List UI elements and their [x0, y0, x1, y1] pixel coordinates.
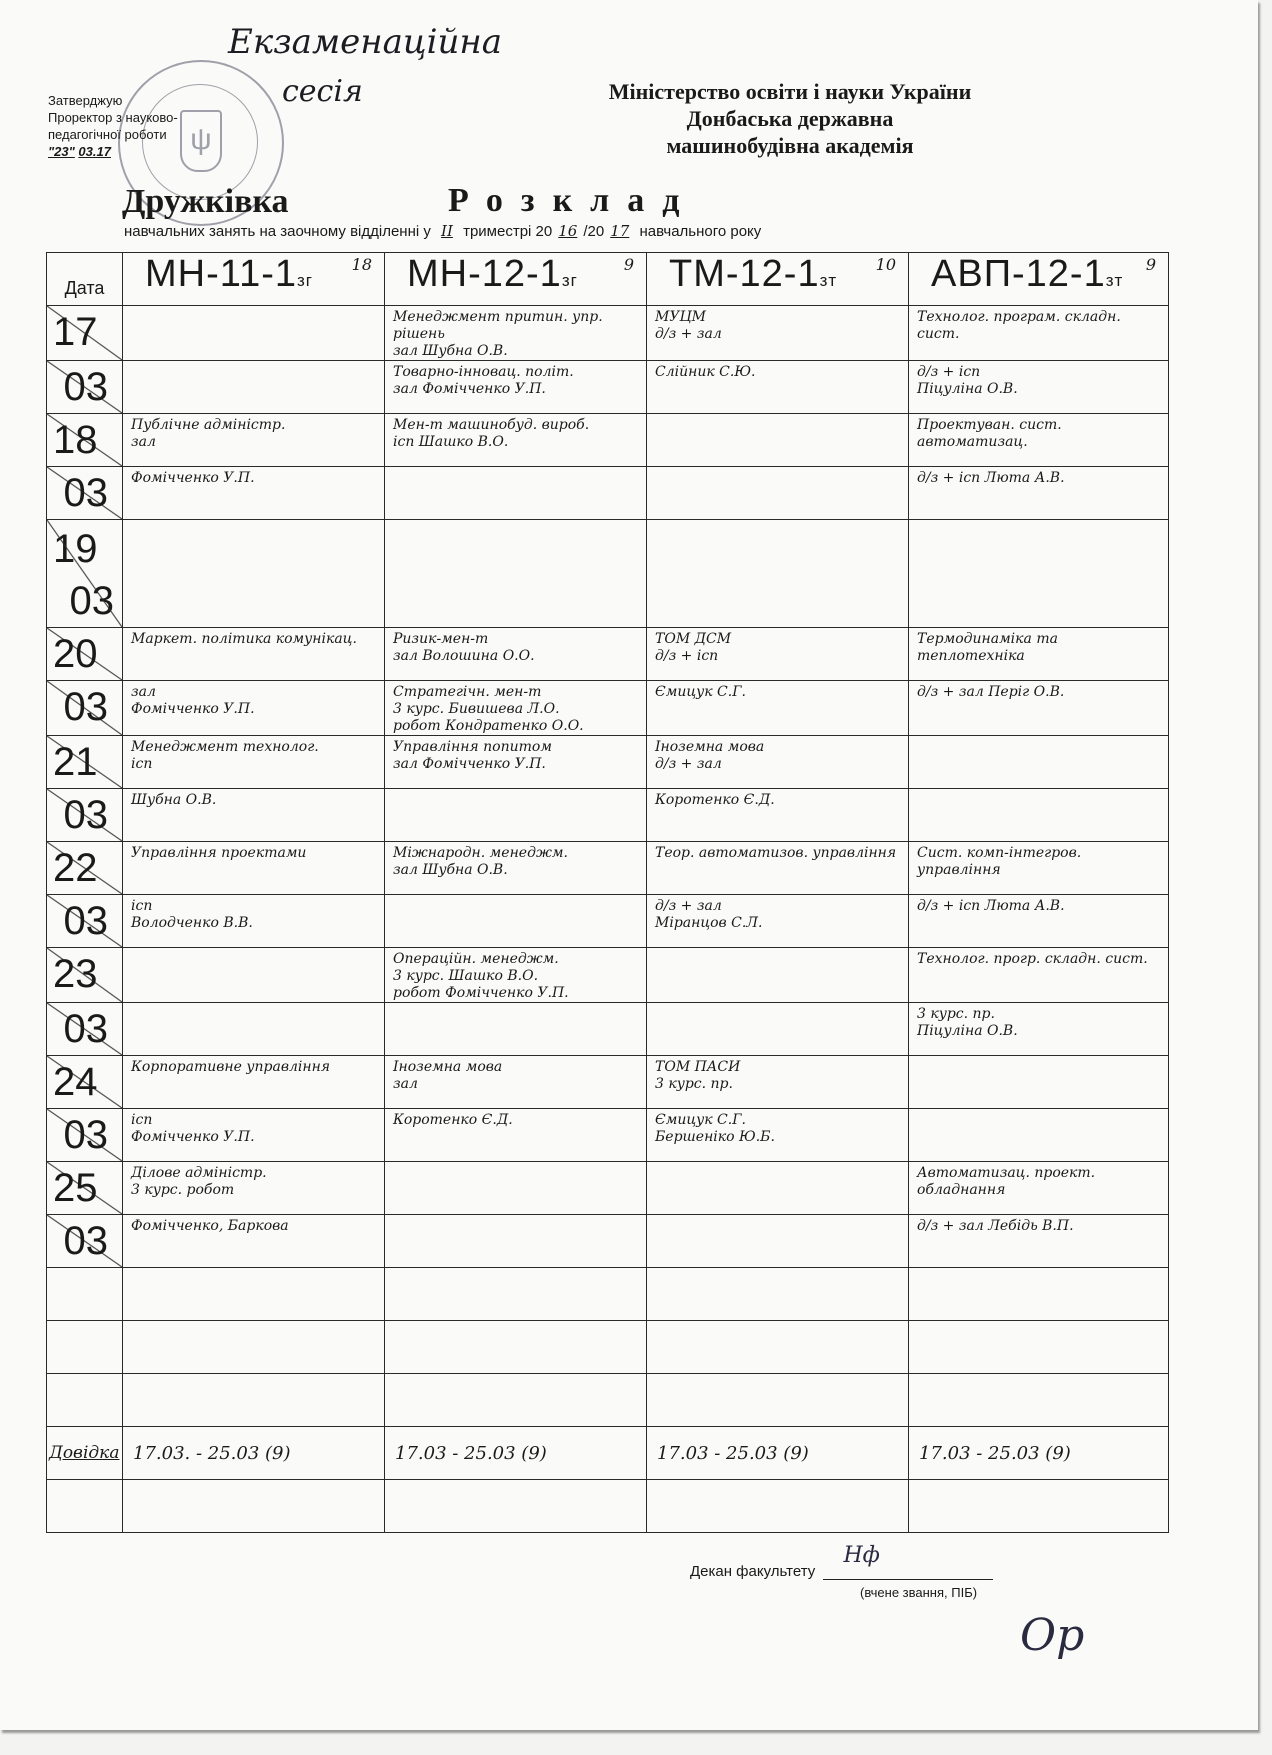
schedule-cell	[909, 1321, 1169, 1374]
schedule-cell	[123, 306, 385, 361]
schedule-cell: Коротенко Є.Д.	[385, 1109, 647, 1162]
table-row	[47, 1268, 1169, 1321]
schedule-cell	[909, 1268, 1169, 1321]
schedule-cell: Операційн. менеджм. 3 курс. Шашко В.О. р…	[385, 948, 647, 1003]
schedule-cell: Маркет. політика комунікац.	[123, 628, 385, 681]
date-cell: 03	[47, 1003, 123, 1056]
schedule-cell: д/з + ісп Люта А.В.	[909, 467, 1169, 520]
schedule-cell	[385, 1162, 647, 1215]
schedule-cell: зал Фомічченко У.П.	[123, 681, 385, 736]
schedule-cell: д/з + зал Лебідь В.П.	[909, 1215, 1169, 1268]
year-to: 17	[604, 222, 635, 240]
schedule-cell: Менеджмент технолог. ісп	[123, 736, 385, 789]
date-cell: 24	[47, 1056, 123, 1109]
schedule-cell	[385, 789, 647, 842]
schedule-cell: МУЦМ д/з + зал	[647, 306, 909, 361]
date-cell: 03	[47, 467, 123, 520]
date-cell: 23	[47, 948, 123, 1003]
schedule-cell: Корпоративне управління	[123, 1056, 385, 1109]
schedule-cell: Технолог. програм. складн. сист.	[909, 306, 1169, 361]
schedule-cell	[385, 467, 647, 520]
approval-block: Затверджую Проректор з науково- педагогі…	[48, 92, 178, 160]
group-header: МН-11-1зг18	[123, 253, 385, 306]
schedule-cell: д/з + зал Міранцов С.Л.	[647, 895, 909, 948]
table-row: 22Управління проектамиМіжнародн. менеджм…	[47, 842, 1169, 895]
schedule-cell: Іноземна мова д/з + зал	[647, 736, 909, 789]
schedule-cell: Управління попитом зал Фомічченко У.П.	[385, 736, 647, 789]
table-row: 03зал Фомічченко У.П.Стратегічн. мен-т 3…	[47, 681, 1169, 736]
summary-label: Довідка	[47, 1427, 123, 1480]
schedule-cell: Управління проектами	[123, 842, 385, 895]
document-page: Екзаменаційна сесія ψ Затверджую Прорект…	[0, 0, 1258, 1730]
summary-cell: 17.03 - 25.03 (9)	[647, 1427, 909, 1480]
group-header: МН-12-1зг9	[385, 253, 647, 306]
table-header-row: Дата МН-11-1зг18 МН-12-1зг9 ТМ-12-1зт10 …	[47, 253, 1169, 306]
schedule-cell: ісп Фомічченко У.П.	[123, 1109, 385, 1162]
schedule-cell	[385, 1321, 647, 1374]
group-header: АВП-12-1зт9	[909, 253, 1169, 306]
date-cell: 03	[47, 789, 123, 842]
schedule-cell	[647, 467, 909, 520]
approval-line2: Проректор з науково-	[48, 109, 178, 126]
table-row: 03Шубна О.В.Коротенко Є.Д.	[47, 789, 1169, 842]
schedule-cell	[647, 1374, 909, 1427]
schedule-cell	[385, 1215, 647, 1268]
schedule-cell	[647, 948, 909, 1003]
date-cell	[47, 1321, 123, 1374]
schedule-cell: Ризик-мен-т зал Волошина О.О.	[385, 628, 647, 681]
table-row: 03Товарно-інновац. політ. зал Фомічченко…	[47, 361, 1169, 414]
schedule-cell	[647, 414, 909, 467]
table-row: 21Менеджмент технолог. іспУправління поп…	[47, 736, 1169, 789]
dean-signature-line: Декан факультету Нф	[690, 1563, 993, 1580]
schedule-cell	[647, 1215, 909, 1268]
schedule-cell	[385, 1003, 647, 1056]
date-cell: 03	[47, 895, 123, 948]
date-cell: 20	[47, 628, 123, 681]
schedule-cell	[909, 1056, 1169, 1109]
schedule-cell	[123, 1003, 385, 1056]
schedule-cell	[647, 1268, 909, 1321]
date-cell	[47, 1268, 123, 1321]
table-row: 20Маркет. політика комунікац.Ризик-мен-т…	[47, 628, 1169, 681]
schedule-cell	[647, 520, 909, 628]
group-header: ТМ-12-1зт10	[647, 253, 909, 306]
date-cell: 03	[47, 361, 123, 414]
schedule-cell: Слійник С.Ю.	[647, 361, 909, 414]
schedule-cell: Менеджмент притин. упр. рішень зал Шубна…	[385, 306, 647, 361]
schedule-cell: Іноземна мова зал	[385, 1056, 647, 1109]
schedule-table: Дата МН-11-1зг18 МН-12-1зг9 ТМ-12-1зт10 …	[46, 252, 1169, 1533]
summary-cell: 17.03. - 25.03 (9)	[123, 1427, 385, 1480]
schedule-cell: Технолог. прогр. складн. сист.	[909, 948, 1169, 1003]
schedule-cell	[385, 1268, 647, 1321]
schedule-cell: Стратегічн. мен-т 3 курс. Бивишева Л.О. …	[385, 681, 647, 736]
table-row: 23Операційн. менеджм. 3 курс. Шашко В.О.…	[47, 948, 1169, 1003]
table-row: 03Фомічченко У.П.д/з + ісп Люта А.В.	[47, 467, 1169, 520]
year-from: 16	[552, 222, 583, 240]
document-subtitle: навчальних занять на заочному відділенні…	[124, 222, 761, 240]
dean-signature: Нф	[843, 1543, 879, 1568]
schedule-cell	[909, 520, 1169, 628]
trimester-value: II	[435, 222, 459, 240]
document-title: Розклад	[448, 182, 697, 220]
date-cell: 21	[47, 736, 123, 789]
schedule-cell	[647, 1162, 909, 1215]
handwritten-subtitle: сесія	[282, 74, 363, 109]
handwritten-title: Екзаменаційна	[228, 22, 502, 62]
schedule-cell: ТОМ ПАСИ 3 курс. пр.	[647, 1056, 909, 1109]
summary-cell: 17.03 - 25.03 (9)	[385, 1427, 647, 1480]
schedule-cell	[385, 520, 647, 628]
date-cell: 25	[47, 1162, 123, 1215]
schedule-cell: Проектуван. сист. автоматизац.	[909, 414, 1169, 467]
schedule-cell: Ємицук С.Г. Бершеніко Ю.Б.	[647, 1109, 909, 1162]
schedule-cell	[909, 1374, 1169, 1427]
schedule-cell	[385, 1374, 647, 1427]
table-row: 033 курс. пр. Піцуліна О.В.	[47, 1003, 1169, 1056]
date-cell	[47, 1374, 123, 1427]
summary-row: Довідка17.03. - 25.03 (9)17.03 - 25.03 (…	[47, 1427, 1169, 1480]
schedule-cell: Міжнародн. менеджм. зал Шубна О.В.	[385, 842, 647, 895]
table-row: 03ісп Володченко В.В.д/з + зал Міранцов …	[47, 895, 1169, 948]
schedule-cell: д/з + ісп Піцуліна О.В.	[909, 361, 1169, 414]
schedule-cell: Ділове адміністр. 3 курс. робот	[123, 1162, 385, 1215]
schedule-cell: Теор. автоматизов. управління	[647, 842, 909, 895]
date-cell: 03	[47, 1215, 123, 1268]
schedule-cell: Мен-т машинобуд. вироб. ісп Шашко В.О.	[385, 414, 647, 467]
table-row: 1903	[47, 520, 1169, 628]
date-cell: 18	[47, 414, 123, 467]
schedule-cell: д/з + зал Періг О.В.	[909, 681, 1169, 736]
table-row: 18Публічне адміністр. залМен-т машинобуд…	[47, 414, 1169, 467]
date-cell: 22	[47, 842, 123, 895]
schedule-cell: Ємицук С.Г.	[647, 681, 909, 736]
ministry-heading: Міністерство освіти і науки України Донб…	[560, 78, 1020, 159]
table-row: 03Фомічченко, Барковад/з + зал Лебідь В.…	[47, 1215, 1169, 1268]
approval-line3: педагогічної роботи	[48, 126, 178, 143]
schedule-cell	[909, 1109, 1169, 1162]
table-row: 24Корпоративне управлінняІноземна мова з…	[47, 1056, 1169, 1109]
schedule-cell	[123, 1268, 385, 1321]
handwritten-initials: Ор	[1020, 1610, 1084, 1661]
schedule-cell: ісп Володченко В.В.	[123, 895, 385, 948]
schedule-cell: Публічне адміністр. зал	[123, 414, 385, 467]
schedule-cell	[385, 895, 647, 948]
schedule-cell	[123, 361, 385, 414]
schedule-cell: Автоматизац. проект. обладнання	[909, 1162, 1169, 1215]
table-row	[47, 1321, 1169, 1374]
date-cell: 1903	[47, 520, 123, 628]
schedule-cell: Фомічченко, Баркова	[123, 1215, 385, 1268]
schedule-cell: д/з + ісп Люта А.В.	[909, 895, 1169, 948]
schedule-cell	[647, 1321, 909, 1374]
date-cell: 03	[47, 1109, 123, 1162]
schedule-cell	[909, 789, 1169, 842]
city-name: Дружківка	[122, 183, 289, 221]
schedule-cell	[123, 1374, 385, 1427]
schedule-cell	[909, 736, 1169, 789]
dean-sublabel: (вчене звання, ПІБ)	[860, 1585, 977, 1600]
schedule-cell: Сист. комп-інтегров. управління	[909, 842, 1169, 895]
approval-line1: Затверджую	[48, 92, 178, 109]
schedule-cell	[123, 948, 385, 1003]
table-row: 17Менеджмент притин. упр. рішень зал Шуб…	[47, 306, 1169, 361]
schedule-cell: ТОМ ДСМ д/з + ісп	[647, 628, 909, 681]
approval-date: "23" 03.17	[48, 143, 178, 160]
trident-emblem-icon: ψ	[180, 110, 222, 172]
schedule-cell: Товарно-інновац. політ. зал Фомічченко У…	[385, 361, 647, 414]
date-cell: 17	[47, 306, 123, 361]
schedule-cell	[123, 520, 385, 628]
date-cell: 03	[47, 681, 123, 736]
schedule-cell: Термодинаміка та теплотехніка	[909, 628, 1169, 681]
schedule-cell: 3 курс. пр. Піцуліна О.В.	[909, 1003, 1169, 1056]
schedule-cell: Фомічченко У.П.	[123, 467, 385, 520]
table-row: 25Ділове адміністр. 3 курс. роботАвтомат…	[47, 1162, 1169, 1215]
schedule-cell	[647, 1003, 909, 1056]
schedule-cell: Коротенко Є.Д.	[647, 789, 909, 842]
table-row	[47, 1374, 1169, 1427]
summary-cell: 17.03 - 25.03 (9)	[909, 1427, 1169, 1480]
schedule-cell: Шубна О.В.	[123, 789, 385, 842]
schedule-cell	[123, 1321, 385, 1374]
table-row: 03ісп Фомічченко У.П.Коротенко Є.Д.Ємицу…	[47, 1109, 1169, 1162]
date-column-header: Дата	[47, 253, 123, 306]
